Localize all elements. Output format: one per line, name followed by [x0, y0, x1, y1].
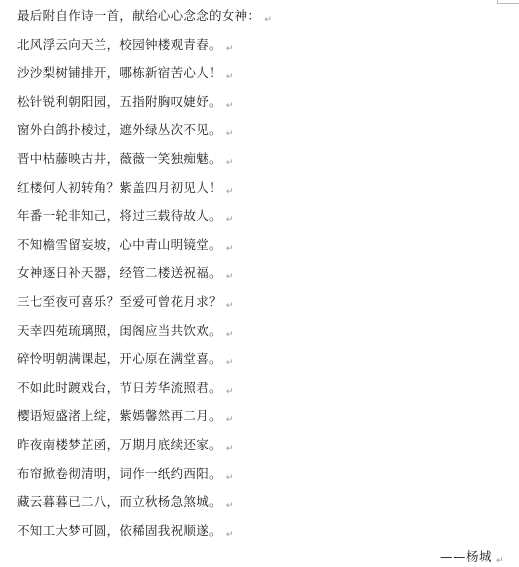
poem-line[interactable]: 不知工大梦可圆，依稀固我祝顺遂。↵	[17, 521, 272, 550]
paragraph-mark-icon: ↵	[226, 158, 234, 168]
document-page: 最后附自作诗一首，献给心心念念的女神：↵ 北风浮云向天兰，校园钟楼观青春。↵ 沙…	[0, 0, 519, 567]
paragraph-mark-icon: ↵	[226, 44, 234, 54]
poem-line[interactable]: 布帘掀卷彻清明，词作一纸约西阳。↵	[17, 464, 272, 493]
paragraph-mark-icon: ↵	[226, 129, 234, 139]
poem-line[interactable]: 沙沙梨树铺排开，哪栋新宿苦心人！↵	[17, 63, 272, 92]
poem-line[interactable]: 不如此时踱戏台，节日芳华流照君。↵	[17, 378, 272, 407]
paragraph-mark-icon: ↵	[226, 244, 234, 254]
poem-line[interactable]: 松针锐利朝阳园，五指附胸叹婕妤。↵	[17, 92, 272, 121]
poem-line[interactable]: 碎怜明朝满课起，开心原在满堂喜。↵	[17, 349, 272, 378]
poem-line[interactable]: 三七至夜可喜乐？至爱可曾花月求？↵	[17, 292, 272, 321]
signature[interactable]: ——杨城↵	[440, 547, 504, 566]
paragraph-mark-icon: ↵	[226, 72, 234, 82]
poem-line[interactable]: 北风浮云向天兰，校园钟楼观青春。↵	[17, 35, 272, 64]
paragraph-mark-icon: ↵	[226, 330, 234, 340]
paragraph-mark-icon: ↵	[226, 473, 234, 483]
paragraph-mark-icon: ↵	[226, 387, 234, 397]
paragraph-mark-icon: ↵	[226, 444, 234, 454]
poem-body: 最后附自作诗一首，献给心心念念的女神：↵ 北风浮云向天兰，校园钟楼观青春。↵ 沙…	[17, 6, 272, 549]
paragraph-mark-icon: ↵	[264, 15, 272, 25]
intro-line[interactable]: 最后附自作诗一首，献给心心念念的女神：↵	[17, 6, 272, 35]
paragraph-mark-icon: ↵	[226, 301, 234, 311]
margin-corner-mark	[497, 3, 519, 4]
poem-line[interactable]: 窗外白鸽扑棱过，遮外绿丛次不见。↵	[17, 120, 272, 149]
paragraph-mark-icon: ↵	[226, 187, 234, 197]
paragraph-mark-icon: ↵	[226, 530, 234, 540]
poem-line[interactable]: 晋中枯藤映古井，薇薇一笑独痴魅。↵	[17, 149, 272, 178]
paragraph-mark-icon: ↵	[496, 556, 504, 566]
paragraph-mark-icon: ↵	[226, 101, 234, 111]
poem-line[interactable]: 昨夜南楼梦芷函，万期月底续还家。↵	[17, 435, 272, 464]
poem-line[interactable]: 天幸四苑琉璃照，闺阁应当共饮欢。↵	[17, 321, 272, 350]
paragraph-mark-icon: ↵	[226, 272, 234, 282]
margin-corner-mark	[497, 0, 498, 4]
poem-line[interactable]: 年番一轮非知己，将过三载待故人。↵	[17, 206, 272, 235]
poem-line[interactable]: 红楼何人初转角？紫盖四月初见人！↵	[17, 178, 272, 207]
poem-line[interactable]: 不知檐雪留妄坡，心中青山明镜堂。↵	[17, 235, 272, 264]
poem-line[interactable]: 樱语短盛渚上绽，紫嫣馨然再二月。↵	[17, 406, 272, 435]
paragraph-mark-icon: ↵	[226, 415, 234, 425]
poem-line[interactable]: 藏云暮暮已二八，而立秋杨急煞城。↵	[17, 492, 272, 521]
paragraph-mark-icon: ↵	[226, 215, 234, 225]
poem-line[interactable]: 女神逐日补天器，经管二楼送祝福。↵	[17, 263, 272, 292]
paragraph-mark-icon: ↵	[226, 501, 234, 511]
paragraph-mark-icon: ↵	[226, 358, 234, 368]
